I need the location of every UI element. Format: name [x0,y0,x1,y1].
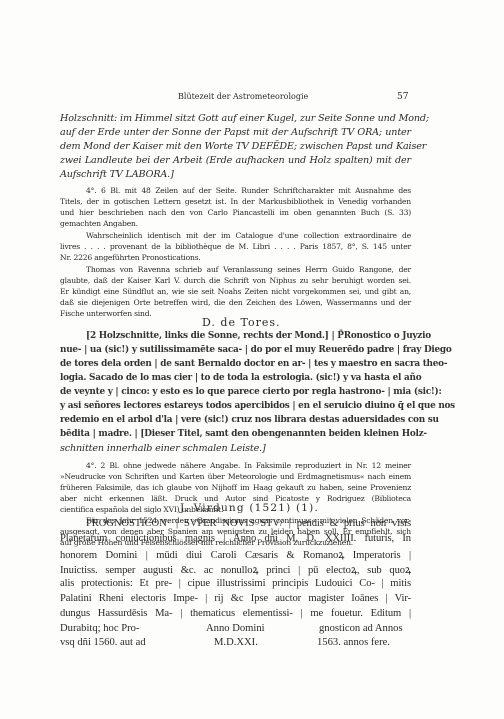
text-line: zwei Landleute bei der Arbeit (Erde aufh… [60,155,411,166]
book-page: Blütezeit der Astrometeorologie 57 Holzs… [0,0,504,719]
note-line: gemachten Angaben. [60,219,411,228]
running-title: Blütezeit der Astrometeorologie [178,92,308,101]
text-line: Palatini Rheni electoris Impe- | rij &c … [60,593,411,604]
text-line: Planetarum coniūctionibus magnis | Anno … [60,533,411,544]
note-line: Thomas von Ravenna schrieb auf Veranlass… [86,265,411,274]
colophon-right-1: gnosticon ad Annos [319,623,403,634]
note-line: Wahrscheinlich identisch mit der im Cata… [86,231,411,240]
note-line: 4°. 6 Bl. mit 48 Zeilen auf der Seite. R… [86,186,411,195]
note-line: 4°. 2 Bl. ohne jedwede nähere Angabe. In… [86,461,411,470]
text-line: nue- | ua (sic!) y sutilissimamēte saca-… [60,345,411,355]
text-line: alis protectionis: Et pre- | cipue illus… [60,578,411,589]
text-line: logia. Sacado de lo mas cier | to de tod… [60,373,411,383]
note-line: daß sie diejenigen Orte betreffen wird, … [60,298,411,307]
section-heading: D. de Tores. [202,316,280,329]
note-line: Er kündigt eine Sündflut an, wie sie sei… [60,287,411,296]
text-line: PROGNOSTICON· | SVPER NOVIS STV/ | pendi… [86,518,411,529]
note-line: und hier beschrieben nach den von Carlo … [60,208,411,217]
note-line: glaubte, daß der Kaiser Karl V. durch di… [60,276,411,285]
note-line: »Neudrucke von Schriften und Karten über… [60,472,411,481]
note-line: Titels, der in gotischen Lettern gesetzt… [60,197,411,206]
text-line: redemio en el arbol d'la | vere (sic!) c… [60,415,411,425]
note-line: früheren Faksimile, das ich glaube von N… [60,483,411,492]
page-number: 57 [397,92,408,102]
colophon-center-1: Anno Domini [206,623,265,634]
text-line: dem Mond der Kaiser mit den Worte TV DEF… [60,141,411,152]
colophon-left-2: vsq dñi 1560. aut ad [60,637,146,648]
text-line: Aufschrift TV LABORA.] [60,169,411,180]
text-line: [2 Holzschnitte, links die Sonne, rechts… [86,331,411,341]
text-line: Inuictiss. semper augusti &c. ac nonullo… [60,563,411,577]
text-line: y asi señores lectores estareys todos ap… [60,401,411,411]
colophon-right-2: 1563. annos fere. [317,637,390,648]
text-line: honorem Domini | mūdi diui Caroli Cæsari… [60,548,411,562]
text-line: Holzschnitt: im Himmel sitzt Gott auf ei… [60,113,411,124]
note-line: Nr. 2226 angeführten Pronostications. [60,253,411,262]
text-line: bēdita | madre. | [Dieser Titel, samt de… [60,429,411,439]
section-heading: J. Virdung (1521) (1). [180,502,319,514]
text-line: de veynte y | cinco: y esto es lo que pa… [60,387,411,397]
text-line: schnitten innerhalb einer schmalen Leist… [60,443,411,454]
colophon-center-2: M.D.XXI. [214,637,258,648]
text-line: auf der Erde unter der Sonne der Papst m… [60,127,411,138]
note-line: livres . . . . provenant de la bibliothè… [60,242,411,251]
colophon-left-1: Durabitq; hoc Pro- [60,623,139,634]
text-line: dungus Hassurdēsis Ma- | thematicus elem… [60,608,411,619]
text-line: de tores dela orden | de sant Bernaldo d… [60,359,411,369]
